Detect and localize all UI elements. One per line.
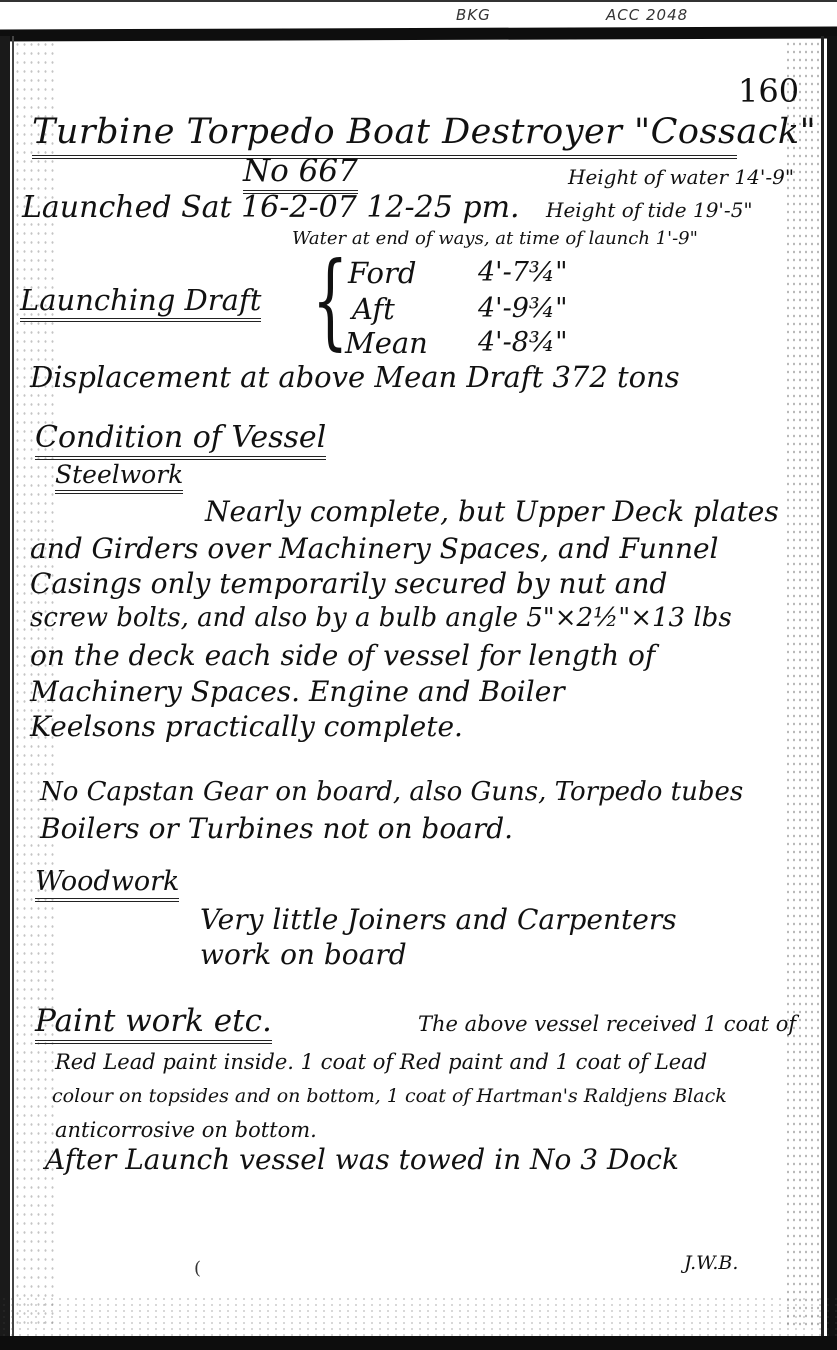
ledger-top-border [0, 27, 837, 42]
ledger-right-border [827, 36, 837, 1336]
text-line: Casings only temporarily secured by nut … [30, 567, 667, 600]
text-line: anticorrosive on bottom. [55, 1118, 317, 1142]
stray-mark: ( [194, 1258, 201, 1279]
text-line: screw bolts, and also by a bulb angle 5"… [30, 603, 732, 633]
scan-noise-right [785, 40, 821, 1330]
archive-mark-left: BKG [456, 6, 491, 24]
text-line: Boilers or Turbines not on board. [40, 812, 513, 845]
ledger-right-rule [821, 36, 824, 1336]
launching-draft-label: Launching Draft [20, 283, 261, 322]
text-line: on the deck each side of vessel for leng… [30, 639, 655, 672]
signature-initials: J.W.B. [684, 1252, 738, 1274]
text-line: Red Lead paint inside. 1 coat of Red pai… [55, 1050, 707, 1074]
paintwork-heading: Paint work etc. [35, 1003, 272, 1044]
text-line: and Girders over Machinery Spaces, and F… [30, 532, 719, 565]
text-line: No Capstan Gear on board, also Guns, Tor… [40, 777, 743, 807]
draft-row-value: 4'-9¾" [478, 293, 568, 324]
water-at-end-of-ways: Water at end of ways, at time of launch … [292, 228, 698, 249]
height-of-water: Height of water 14'-9" [568, 165, 794, 189]
draft-row-value: 4'-8¾" [478, 327, 568, 358]
title-underline [32, 155, 737, 159]
woodwork-heading: Woodwork [35, 866, 179, 902]
brace-symbol: { [312, 248, 348, 352]
ledger-left-border [0, 36, 10, 1336]
ledger-bottom-border [0, 1336, 837, 1350]
document-title: Turbine Torpedo Boat Destroyer "Cossack" [32, 112, 816, 152]
vessel-number: No 667 [243, 153, 358, 194]
text-line: Nearly complete, but Upper Deck plates [205, 495, 779, 528]
archive-mark-right: ACC 2048 [606, 6, 688, 24]
draft-row-name: Ford [348, 256, 416, 290]
scan-noise-bottom [0, 1296, 837, 1336]
paintwork-lead: The above vessel received 1 coat of [418, 1012, 796, 1036]
text-line: colour on topsides and on bottom, 1 coat… [52, 1085, 727, 1107]
after-launch-line: After Launch vessel was towed in No 3 Do… [45, 1143, 679, 1176]
top-edge-line [0, 0, 837, 2]
text-line: work on board [200, 938, 407, 971]
draft-row-name: Mean [345, 326, 428, 360]
condition-heading: Condition of Vessel [35, 420, 326, 460]
draft-row-value: 4'-7¾" [478, 257, 568, 288]
height-of-tide: Height of tide 19'-5" [546, 198, 753, 222]
draft-row-name: Aft [352, 292, 395, 326]
text-line: Machinery Spaces. Engine and Boiler [30, 675, 565, 708]
steelwork-heading: Steelwork [55, 460, 183, 494]
text-line: Very little Joiners and Carpenters [200, 903, 677, 936]
page-number: 160 [738, 72, 799, 110]
text-line: Keelsons practically complete. [30, 710, 463, 743]
displacement-line: Displacement at above Mean Draft 372 ton… [30, 360, 680, 394]
launched-line: Launched Sat 16-2-07 12-25 pm. [22, 190, 520, 225]
